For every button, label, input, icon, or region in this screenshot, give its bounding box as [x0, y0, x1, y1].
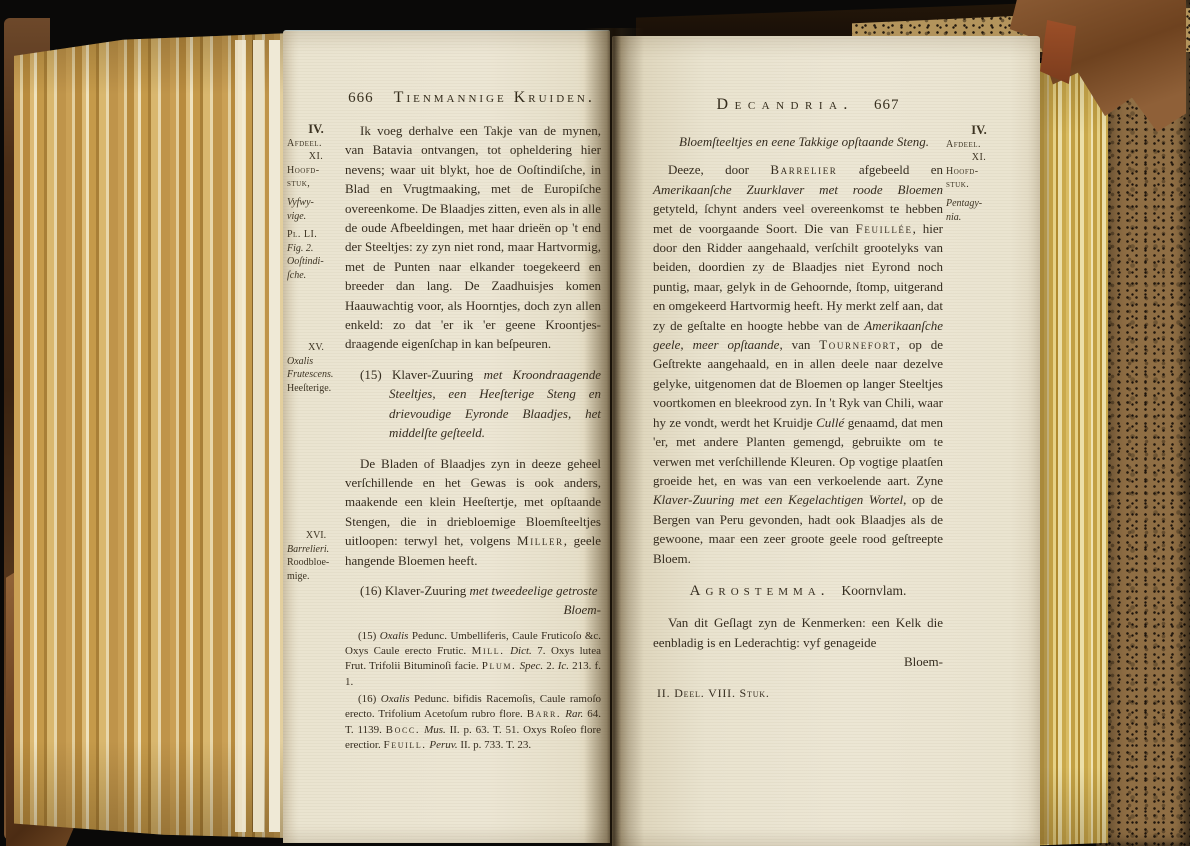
margin-note-line: Pentagy-	[946, 197, 1012, 211]
margin-note-line: mige.	[287, 570, 345, 584]
margin-note-line: Frutescens.	[287, 368, 345, 382]
catchword-right: Bloem-	[653, 652, 943, 671]
body-paragraph: Van dit Geſlagt zyn de Kenmerken: een Ke…	[653, 613, 943, 652]
signature-line: II. Deel. VIII. Stuk.	[657, 684, 943, 703]
margin-note-line: Pl. LI.	[287, 228, 345, 242]
margin-note-line: ſche.	[287, 269, 345, 283]
species-heading-16: (16) Klaver-Zuuring met tweedeelige getr…	[345, 581, 601, 600]
margin-notes-species-16: XVI. Barrelieri. Roodbloe- mige.	[287, 529, 345, 583]
catchword-left: Bloem-	[345, 600, 601, 619]
margin-notes-species-15: XV. Oxalis Frutescens. Heeſterige.	[287, 341, 345, 395]
footnote: (16) Oxalis Pedunc. bifidis Racemoſis, C…	[345, 692, 601, 753]
footnote: (15) Oxalis Pedunc. Umbelliferis, Caule …	[345, 629, 601, 690]
margin-note-line: Barrelieri.	[287, 543, 345, 557]
margin-note-line: stuk.	[946, 178, 1012, 192]
margin-note-line: Vyfwy-	[287, 196, 345, 210]
margin-note-line: Roodbloe-	[287, 556, 345, 570]
footnotes: (15) Oxalis Pedunc. Umbelliferis, Caule …	[345, 629, 601, 753]
genus-name: Agrostemma.	[690, 583, 830, 599]
page-number-left: 666	[348, 90, 374, 107]
margin-note-line: Afdeel.	[287, 137, 345, 151]
page-edges-left	[14, 30, 286, 838]
left-page: 666 Tienmannige Kruiden. IV. Afdeel. XI.…	[283, 30, 610, 843]
margin-note-line: Hoofd-	[287, 164, 345, 178]
genus-common-name: Koornvlam.	[842, 583, 907, 598]
margin-note-line: Fig. 2.	[287, 242, 345, 256]
margin-note-line: Ooſtindi-	[287, 255, 345, 269]
margin-note-line: IV.	[287, 123, 345, 137]
right-text-column: Bloemſteeltjes en eene Takkige opſtaande…	[653, 132, 943, 703]
margin-note-line: Heeſterige.	[287, 382, 345, 396]
margin-notes-chapter-right: IV. Afdeel. XI. Hoofd- stuk. Pentagy- ni…	[946, 124, 1012, 224]
running-title-right: Decandria.	[717, 96, 854, 114]
body-paragraph: De Bladen of Blaadjes zyn in deeze gehee…	[345, 454, 601, 570]
margin-note-line: IV.	[946, 124, 1012, 138]
margin-note-line: Hoofd-	[946, 165, 1012, 179]
right-page-header: Decandria. 667	[612, 96, 1040, 114]
species-heading-continuation: Bloemſteeltjes en eene Takkige opſtaande…	[653, 132, 943, 151]
body-paragraph: Deeze, door Barrelier afgebeeld en Ameri…	[653, 160, 943, 568]
margin-note-line: Oxalis	[287, 355, 345, 369]
margin-note-line: XI.	[946, 151, 1012, 165]
running-title-left: Tienmannige Kruiden.	[394, 89, 595, 107]
margin-note-line: nia.	[946, 211, 1012, 225]
margin-note-line: XV.	[287, 341, 345, 355]
book-photo: 666 Tienmannige Kruiden. IV. Afdeel. XI.…	[0, 0, 1190, 846]
left-page-header: 666 Tienmannige Kruiden.	[283, 89, 610, 107]
genus-heading: Agrostemma.Koornvlam.	[653, 581, 943, 601]
margin-note-line: Afdeel.	[946, 138, 1012, 152]
margin-note-line: XVI.	[287, 529, 345, 543]
species-heading-15: (15) Klaver-Zuuring met Kroondraagende S…	[345, 365, 601, 443]
margin-note-line: vige.	[287, 210, 345, 224]
right-page: Decandria. 667 IV. Afdeel. XI. Hoofd- st…	[612, 36, 1040, 846]
body-paragraph: Ik voeg derhalve een Takje van de mynen,…	[345, 121, 601, 354]
margin-notes-chapter-left: IV. Afdeel. XI. Hoofd- stuk, Vyfwy- vige…	[287, 123, 345, 283]
margin-note-line: XI.	[287, 150, 345, 164]
page-number-right: 667	[874, 97, 900, 114]
left-text-column: Ik voeg derhalve een Takje van de mynen,…	[345, 121, 601, 755]
margin-note-line: stuk,	[287, 177, 345, 191]
